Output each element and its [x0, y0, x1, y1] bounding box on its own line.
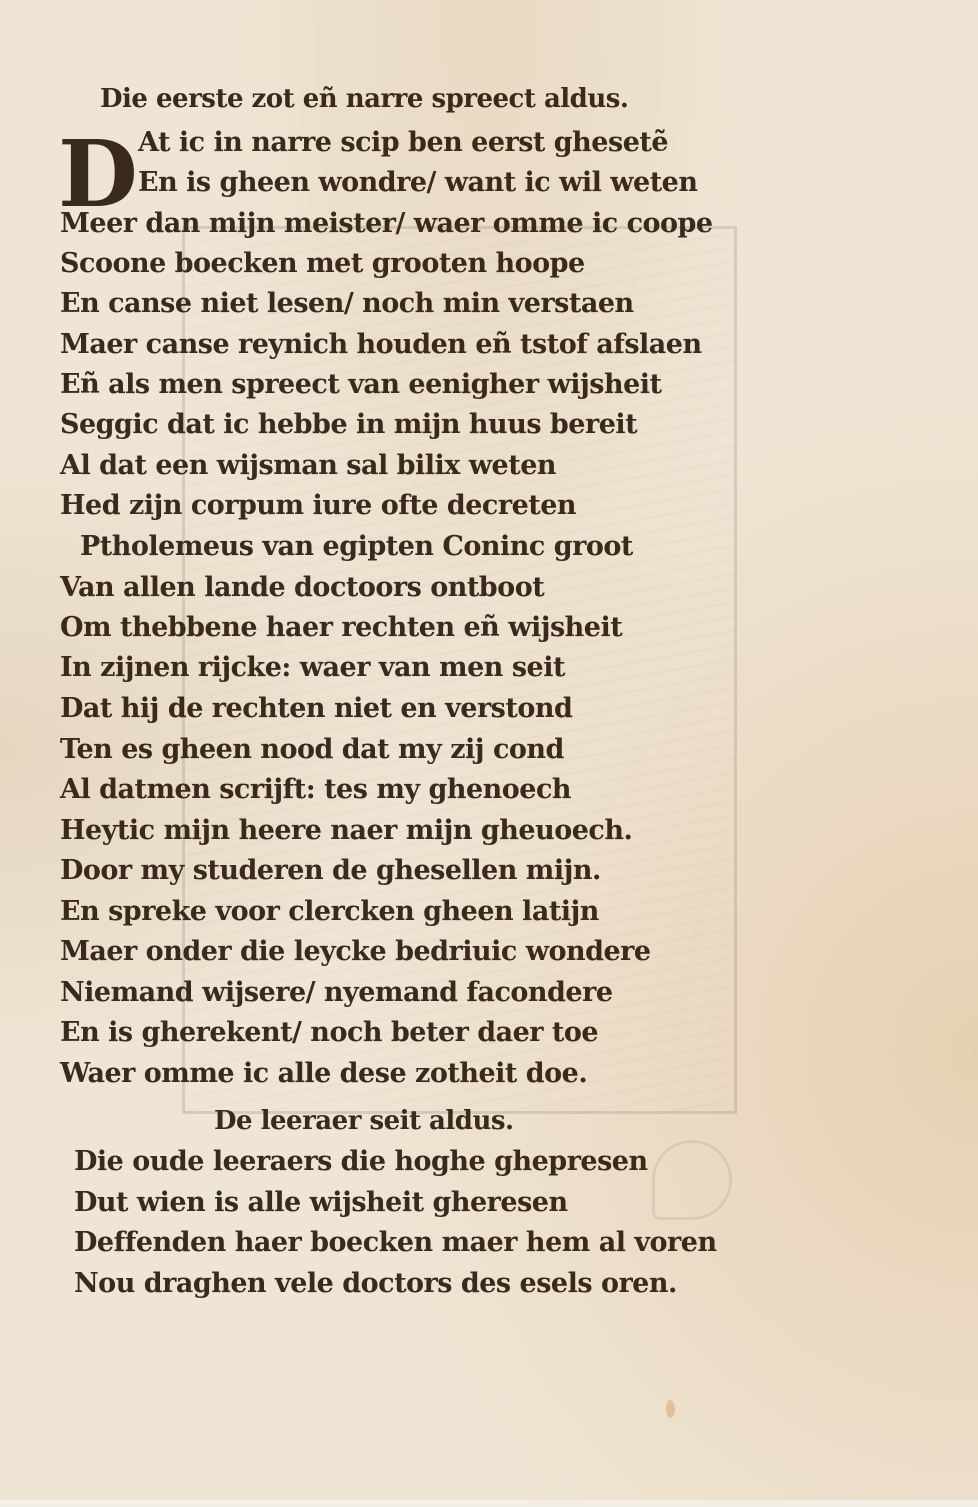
verse-line: Al dat een wijsman sal bilix weten	[60, 449, 556, 483]
text-block: Die eerste zot eñ narre spreect aldus. …	[0, 0, 978, 1500]
verse-line: Niemand wijsere/ nyemand facondere	[60, 976, 613, 1010]
verse-line: En spreke voor clercken gheen latijn	[60, 895, 599, 929]
verse-line: En is gheen wondre/ want ic wil weten	[138, 166, 697, 200]
verse-line: Door my studeren de ghesellen mijn.	[60, 854, 601, 888]
verse-line: Eñ als men spreect van eenigher wijshei…	[60, 368, 662, 402]
verse-line: Dut wien is alle wijsheit gheresen	[74, 1186, 568, 1220]
verse-line: Scoone boecken met grooten hoope	[60, 247, 585, 281]
verse-line: Die oude leeraers die hoghe ghepresen	[74, 1145, 648, 1179]
page-edge	[0, 1500, 978, 1507]
verse-line: Meer dan mijn meister/ waer omme ic coop…	[60, 207, 713, 241]
verse-line: Waer omme ic alle dese zotheit doe.	[60, 1057, 587, 1091]
section-heading-fool: Die eerste zot eñ narre spreect aldus.	[100, 82, 628, 116]
drop-cap-initial: D	[58, 132, 130, 216]
verse-line: Maer canse reynich houden eñ tstof afsl…	[60, 328, 702, 362]
verse-line: Seggic dat ic hebbe in mijn huus bereit	[60, 408, 637, 442]
book-page: Die eerste zot eñ narre spreect aldus. …	[0, 0, 978, 1500]
section-heading-teacher: De leeraer seit aldus.	[214, 1104, 514, 1138]
verse-line: Deffenden haer boecken maer hem al voren	[74, 1226, 717, 1260]
verse-line: En canse niet lesen/ noch min verstaen	[60, 287, 634, 321]
verse-line: At ic in narre scip ben eerst ghesetẽ	[138, 126, 668, 160]
verse-line: In zijnen rijcke: waer van men seit	[60, 651, 565, 685]
verse-line: Van allen lande doctoors ontboot	[60, 571, 544, 605]
verse-line: Ptholemeus van egipten Coninc groot	[80, 530, 633, 564]
verse-line: Maer onder die leycke bedriuic wondere	[60, 935, 651, 969]
verse-line: Hed zijn corpum iure ofte decreten	[60, 489, 576, 523]
verse-line: Al datmen scrijft: tes my ghenoech	[60, 773, 571, 807]
verse-line: Nou draghen vele doctors des esels oren.	[74, 1267, 677, 1301]
verse-line: Heytic mijn heere naer mijn gheuoech.	[60, 814, 632, 848]
verse-line: Ten es gheen nood dat my zij cond	[60, 733, 564, 767]
verse-line: En is gherekent/ noch beter daer toe	[60, 1016, 598, 1050]
verse-line: Dat hij de rechten niet en verstond	[60, 692, 572, 726]
verse-line: Om thebbene haer rechten eñ wijsheit	[60, 611, 622, 645]
